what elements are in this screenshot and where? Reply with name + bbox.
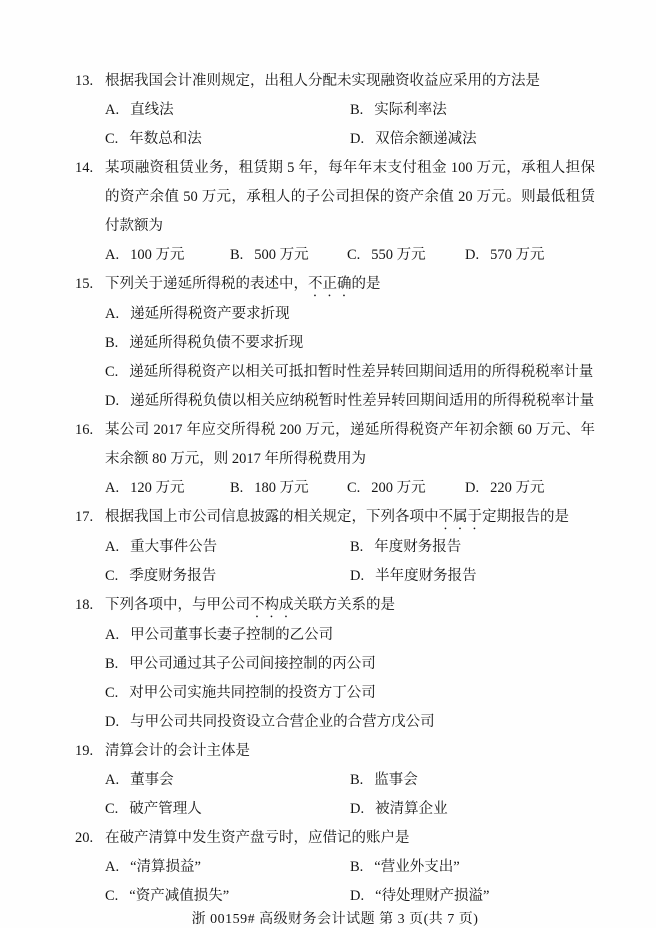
option-label: B.	[230, 241, 243, 270]
option-text: 120 万元	[130, 480, 184, 496]
option-b: B.180 万元	[230, 474, 347, 503]
option-c: C.550 万元	[347, 241, 465, 270]
option-b: B.“营业外支出”	[350, 853, 595, 882]
option-d: D.220 万元	[465, 474, 595, 503]
option-label: D.	[465, 474, 479, 503]
option-c: C.递延所得税资产以相关可抵扣暂时性差异转回期间适用的所得税税率计量	[105, 358, 595, 387]
emphasized-text: 不属于	[439, 509, 483, 525]
question-18: 18. 下列各项中，与甲公司不构成关联方关系的是 A.甲公司董事长妻子控制的乙公…	[75, 591, 595, 737]
option-c: C.对甲公司实施共同控制的投资方丁公司	[105, 679, 595, 708]
option-label: C.	[105, 882, 118, 911]
question-number: 18.	[75, 591, 105, 621]
option-label: D.	[105, 387, 119, 416]
option-label: C.	[347, 241, 360, 270]
option-label: C.	[105, 795, 118, 824]
option-text: 递延所得税负债不要求折现	[129, 335, 303, 351]
option-text: 对甲公司实施共同控制的投资方丁公司	[129, 685, 376, 701]
option-text: 实际利率法	[374, 102, 447, 118]
option-text: 500 万元	[254, 247, 308, 263]
question-text: 下列关于递延所得税的表述中，不正确的是	[105, 270, 595, 300]
option-text: 重大事件公告	[130, 539, 217, 555]
option-label: C.	[105, 358, 118, 387]
question-17: 17. 根据我国上市公司信息披露的相关规定，下列各项中不属于定期报告的是 A.重…	[75, 503, 595, 591]
option-b: B.年度财务报告	[350, 533, 595, 562]
option-b: B.实际利率法	[350, 96, 595, 125]
option-label: B.	[350, 96, 363, 125]
option-label: C.	[347, 474, 360, 503]
option-label: B.	[105, 650, 118, 679]
option-b: B.甲公司通过其子公司间接控制的丙公司	[105, 650, 595, 679]
options: A.重大事件公告 B.年度财务报告 C.季度财务报告 D.半年度财务报告	[105, 533, 595, 591]
option-label: B.	[350, 533, 363, 562]
option-text: “营业外支出”	[374, 859, 459, 875]
option-c: C.年数总和法	[105, 125, 350, 154]
options: A.直线法 B.实际利率法 C.年数总和法 D.双倍余额递减法	[105, 96, 595, 154]
option-text: 甲公司通过其子公司间接控制的丙公司	[129, 656, 376, 672]
option-b: B.递延所得税负债不要求折现	[105, 329, 595, 358]
option-a: A.120 万元	[105, 474, 230, 503]
question-20: 20. 在破产清算中发生资产盘亏时，应借记的账户是 A.“清算损益” B.“营业…	[75, 824, 595, 911]
option-text: 与甲公司共同投资设立合营企业的合营方戊公司	[130, 714, 435, 730]
question-text: 在破产清算中发生资产盘亏时，应借记的账户是	[105, 824, 595, 853]
option-label: A.	[105, 300, 119, 329]
option-label: A.	[105, 766, 119, 795]
question-number: 17.	[75, 503, 105, 533]
option-label: C.	[105, 125, 118, 154]
option-a: A.董事会	[105, 766, 350, 795]
option-d: D.与甲公司共同投资设立合营企业的合营方戊公司	[105, 708, 595, 737]
option-label: D.	[105, 708, 119, 737]
option-c: C.200 万元	[347, 474, 465, 503]
option-b: B.监事会	[350, 766, 595, 795]
option-label: C.	[105, 679, 118, 708]
question-number: 14.	[75, 154, 105, 241]
question-text: 某项融资租赁业务，租赁期 5 年，每年年末支付租金 100 万元，承租人担保的资…	[105, 154, 595, 241]
question-text: 清算会计的会计主体是	[105, 737, 595, 766]
exam-page: { "colors": { "page_bg": "#fefefe", "tex…	[0, 0, 656, 928]
option-label: C.	[105, 562, 118, 591]
option-label: D.	[465, 241, 479, 270]
option-d: D.双倍余额递减法	[350, 125, 595, 154]
option-label: A.	[105, 853, 119, 882]
question-13: 13. 根据我国会计准则规定，出租人分配未实现融资收益应采用的方法是 A.直线法…	[75, 67, 595, 154]
option-text: 甲公司董事长妻子控制的乙公司	[130, 627, 333, 643]
option-text: 递延所得税负债以相关应纳税暂时性差异转回期间适用的所得税税率计量	[130, 393, 594, 409]
options: A.甲公司董事长妻子控制的乙公司 B.甲公司通过其子公司间接控制的丙公司 C.对…	[105, 621, 595, 737]
option-a: A.“清算损益”	[105, 853, 350, 882]
option-label: A.	[105, 241, 119, 270]
emphasized-text: 不正确	[308, 276, 352, 292]
option-label: B.	[350, 853, 363, 882]
option-text: 破产管理人	[129, 801, 202, 817]
option-text: 570 万元	[490, 247, 544, 263]
option-d: D.半年度财务报告	[350, 562, 595, 591]
option-text: 被清算企业	[375, 801, 448, 817]
question-number: 16.	[75, 416, 105, 474]
option-text: 100 万元	[130, 247, 184, 263]
question-15: 15. 下列关于递延所得税的表述中，不正确的是 A.递延所得税资产要求折现 B.…	[75, 270, 595, 416]
question-text: 根据我国会计准则规定，出租人分配未实现融资收益应采用的方法是	[105, 67, 595, 96]
question-text: 下列各项中，与甲公司不构成关联方关系的是	[105, 591, 595, 621]
options: A.“清算损益” B.“营业外支出” C.“资产减值损失” D.“待处理财产损溢…	[105, 853, 595, 911]
option-label: D.	[350, 562, 364, 591]
question-number: 13.	[75, 67, 105, 96]
option-text: “清算损益”	[130, 859, 201, 875]
option-label: B.	[350, 766, 363, 795]
option-label: B.	[230, 474, 243, 503]
option-text: 半年度财务报告	[375, 568, 477, 584]
options: A.董事会 B.监事会 C.破产管理人 D.被清算企业	[105, 766, 595, 824]
option-c: C.破产管理人	[105, 795, 350, 824]
option-text: 直线法	[130, 102, 174, 118]
option-label: A.	[105, 474, 119, 503]
question-text: 根据我国上市公司信息披露的相关规定，下列各项中不属于定期报告的是	[105, 503, 595, 533]
question-number: 20.	[75, 824, 105, 853]
option-text: 季度财务报告	[129, 568, 216, 584]
question-19: 19. 清算会计的会计主体是 A.董事会 B.监事会 C.破产管理人 D.被清算…	[75, 737, 595, 824]
option-text: 双倍余额递减法	[375, 131, 477, 147]
option-text: 年数总和法	[129, 131, 202, 147]
option-text: 董事会	[130, 772, 174, 788]
option-label: D.	[350, 125, 364, 154]
option-c: C.季度财务报告	[105, 562, 350, 591]
option-text: 监事会	[374, 772, 418, 788]
options: A.100 万元 B.500 万元 C.550 万元 D.570 万元	[105, 241, 595, 270]
option-label: A.	[105, 533, 119, 562]
option-text: 550 万元	[371, 247, 425, 263]
options: A.120 万元 B.180 万元 C.200 万元 D.220 万元	[105, 474, 595, 503]
option-d: D.570 万元	[465, 241, 595, 270]
option-text: 220 万元	[490, 480, 544, 496]
option-text: 递延所得税资产要求折现	[130, 306, 290, 322]
option-b: B.500 万元	[230, 241, 347, 270]
option-text: 180 万元	[254, 480, 308, 496]
option-label: B.	[105, 329, 118, 358]
option-d: D.递延所得税负债以相关应纳税暂时性差异转回期间适用的所得税税率计量	[105, 387, 595, 416]
option-label: A.	[105, 96, 119, 125]
option-a: A.递延所得税资产要求折现	[105, 300, 595, 329]
option-text: “资产减值损失”	[129, 888, 229, 904]
question-14: 14. 某项融资租赁业务，租赁期 5 年，每年年末支付租金 100 万元，承租人…	[75, 154, 595, 270]
option-a: A.甲公司董事长妻子控制的乙公司	[105, 621, 595, 650]
option-a: A.重大事件公告	[105, 533, 350, 562]
option-a: A.直线法	[105, 96, 350, 125]
option-d: D.被清算企业	[350, 795, 595, 824]
option-a: A.100 万元	[105, 241, 230, 270]
option-text: 递延所得税资产以相关可抵扣暂时性差异转回期间适用的所得税税率计量	[129, 364, 593, 380]
question-number: 15.	[75, 270, 105, 300]
option-text: “待处理财产损溢”	[375, 888, 489, 904]
option-text: 200 万元	[371, 480, 425, 496]
question-number: 19.	[75, 737, 105, 766]
options: A.递延所得税资产要求折现 B.递延所得税负债不要求折现 C.递延所得税资产以相…	[105, 300, 595, 416]
emphasized-text: 不构成	[250, 597, 294, 613]
question-text: 某公司 2017 年应交所得税 200 万元，递延所得税资产年初余额 60 万元…	[105, 416, 595, 474]
option-text: 年度财务报告	[374, 539, 461, 555]
option-label: A.	[105, 621, 119, 650]
option-label: D.	[350, 795, 364, 824]
question-16: 16. 某公司 2017 年应交所得税 200 万元，递延所得税资产年初余额 6…	[75, 416, 595, 503]
